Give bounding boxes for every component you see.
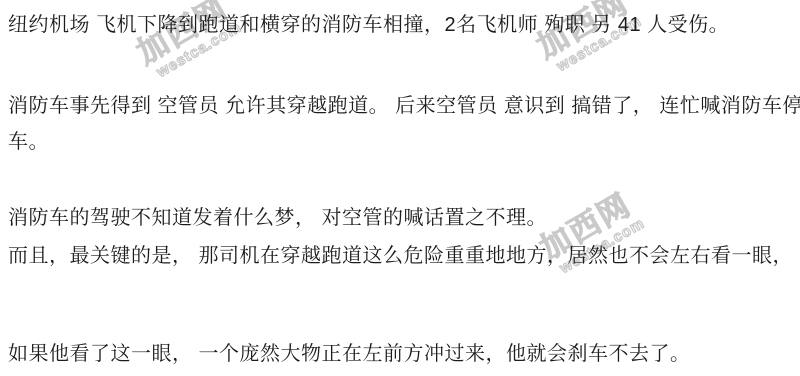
paragraph: 而且，最关键的是， 那司机在穿越跑道这么危险重重地地方，居然也不会左右看一眼， bbox=[8, 238, 796, 274]
paragraph-line: 消防车事先得到 空管员 允许其穿越跑道。 后来空管员 意识到 搞错了， 连忙喊消… bbox=[8, 88, 796, 124]
paragraph: 纽约机场 飞机下降到跑道和横穿的消防车相撞，2名飞机师 殉职 另 41 人受伤。 bbox=[8, 7, 796, 43]
paragraph: 消防车的驾驶不知道发着什么梦， 对空管的喊话置之不理。 bbox=[8, 200, 796, 236]
paragraph-line: 消防车的驾驶不知道发着什么梦， 对空管的喊话置之不理。 bbox=[8, 200, 796, 236]
paragraph: 如果他看了这一眼， 一个庞然大物正在左前方冲过来，他就会刹车不去了。 bbox=[8, 336, 796, 372]
paragraph-line: 纽约机场 飞机下降到跑道和横穿的消防车相撞，2名飞机师 殉职 另 41 人受伤。 bbox=[8, 7, 796, 43]
article-page: 加西网 westca.com 加西网 westca.com 加西网 westca… bbox=[0, 0, 800, 376]
paragraph-line: 车。 bbox=[8, 124, 796, 160]
paragraph-line: 而且，最关键的是， 那司机在穿越跑道这么危险重重地地方，居然也不会左右看一眼， bbox=[8, 238, 796, 274]
paragraph: 消防车事先得到 空管员 允许其穿越跑道。 后来空管员 意识到 搞错了， 连忙喊消… bbox=[8, 88, 796, 160]
paragraph-line: 如果他看了这一眼， 一个庞然大物正在左前方冲过来，他就会刹车不去了。 bbox=[8, 336, 796, 372]
